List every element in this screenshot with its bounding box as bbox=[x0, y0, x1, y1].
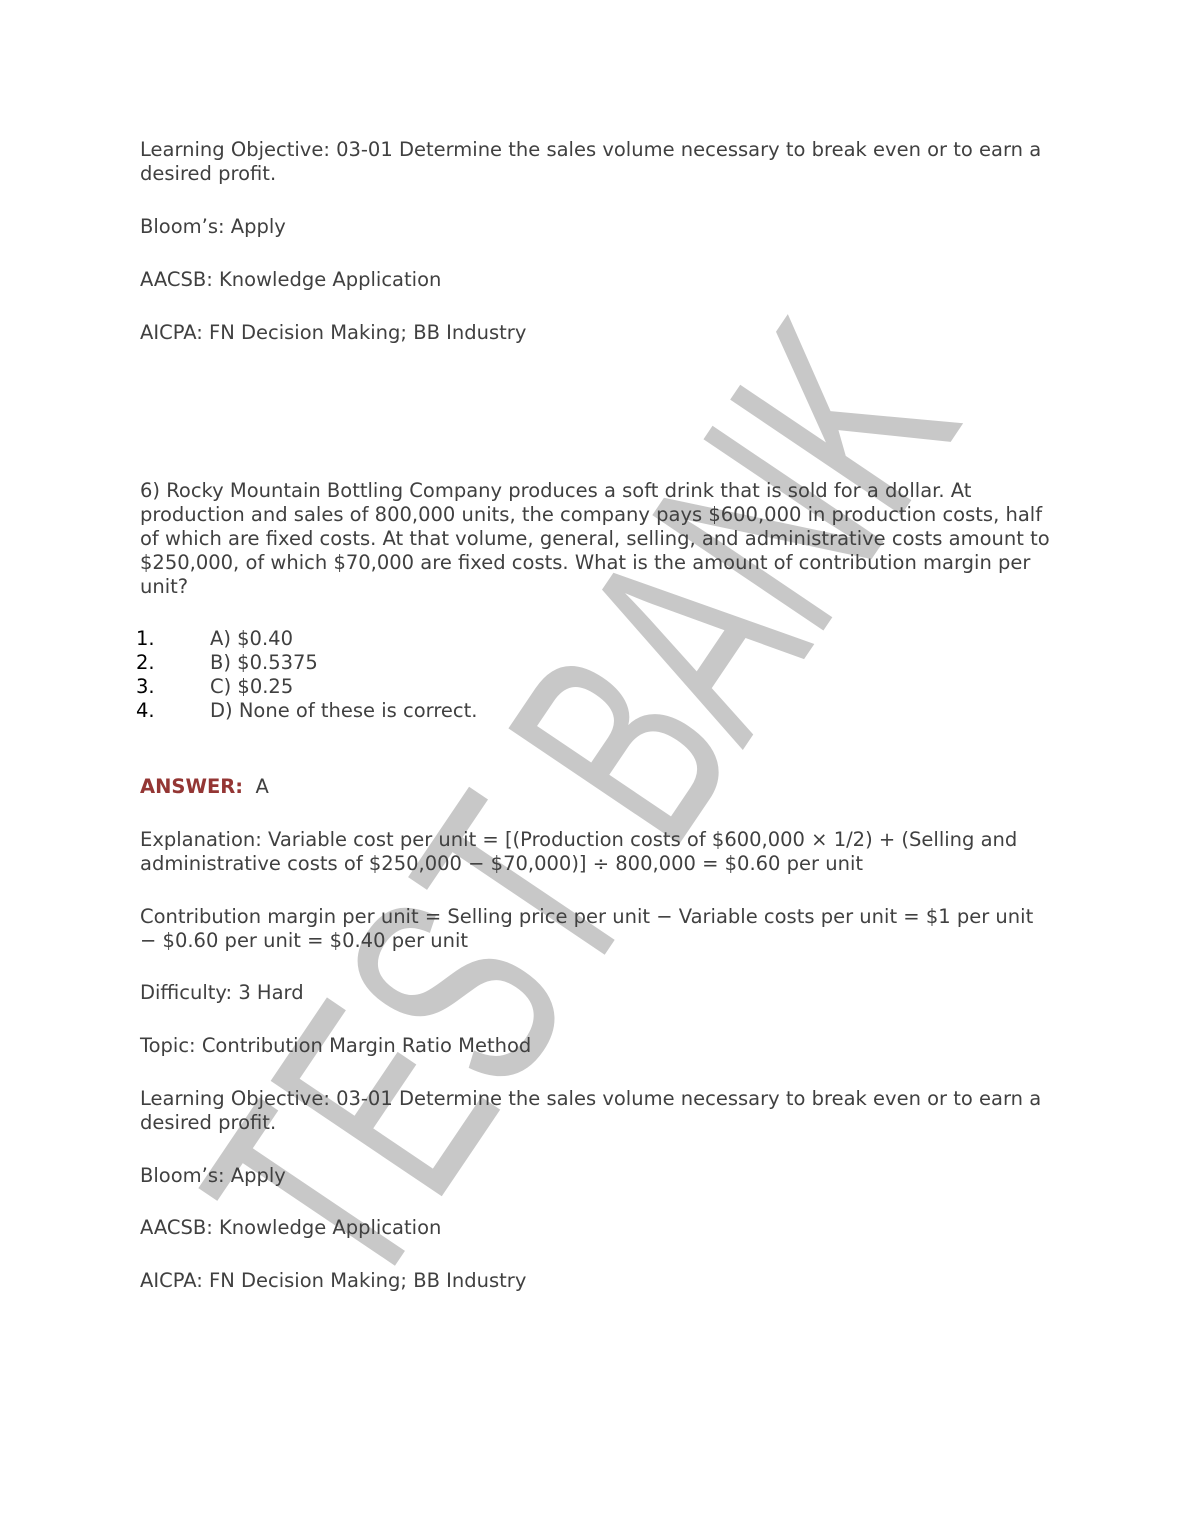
learning-objective-top: Learning Objective: 03-01 Determine the … bbox=[140, 138, 1050, 186]
choice-d: 4. D) None of these is correct. bbox=[136, 699, 736, 723]
choice-number: 1. bbox=[136, 627, 155, 651]
explanation-contribution-margin: Contribution margin per unit = Selling p… bbox=[140, 905, 1050, 953]
choice-text: A) $0.40 bbox=[210, 627, 293, 651]
learning-objective-bottom: Learning Objective: 03-01 Determine the … bbox=[140, 1087, 1050, 1135]
answer-label: ANSWER: bbox=[140, 775, 243, 798]
choice-number: 3. bbox=[136, 675, 155, 699]
document-page: TEST BANK Learning Objective: 03-01 Dete… bbox=[0, 0, 1190, 1540]
answer-line: ANSWER: A bbox=[140, 775, 1050, 799]
aicpa-top: AICPA: FN Decision Making; BB Industry bbox=[140, 321, 1050, 345]
choice-b: 2. B) $0.5375 bbox=[136, 651, 736, 675]
aacsb-top: AACSB: Knowledge Application bbox=[140, 268, 1050, 292]
choice-text: C) $0.25 bbox=[210, 675, 293, 699]
choice-text: B) $0.5375 bbox=[210, 651, 318, 675]
choice-c: 3. C) $0.25 bbox=[136, 675, 736, 699]
answer-choices: 1. A) $0.40 2. B) $0.5375 3. C) $0.25 4.… bbox=[136, 627, 736, 723]
aacsb-bottom: AACSB: Knowledge Application bbox=[140, 1216, 1050, 1240]
explanation-variable-cost: Explanation: Variable cost per unit = [(… bbox=[140, 828, 1050, 876]
aicpa-bottom: AICPA: FN Decision Making; BB Industry bbox=[140, 1269, 1050, 1293]
choice-text: D) None of these is correct. bbox=[210, 699, 478, 723]
question-text: 6) Rocky Mountain Bottling Company produ… bbox=[140, 479, 1050, 599]
blooms-top: Bloom’s: Apply bbox=[140, 215, 1050, 239]
difficulty: Difficulty: 3 Hard bbox=[140, 981, 1050, 1005]
choice-number: 4. bbox=[136, 699, 155, 723]
choice-number: 2. bbox=[136, 651, 155, 675]
answer-value: A bbox=[256, 775, 269, 798]
choice-a: 1. A) $0.40 bbox=[136, 627, 736, 651]
blooms-bottom: Bloom’s: Apply bbox=[140, 1164, 1050, 1188]
topic: Topic: Contribution Margin Ratio Method bbox=[140, 1034, 1050, 1058]
